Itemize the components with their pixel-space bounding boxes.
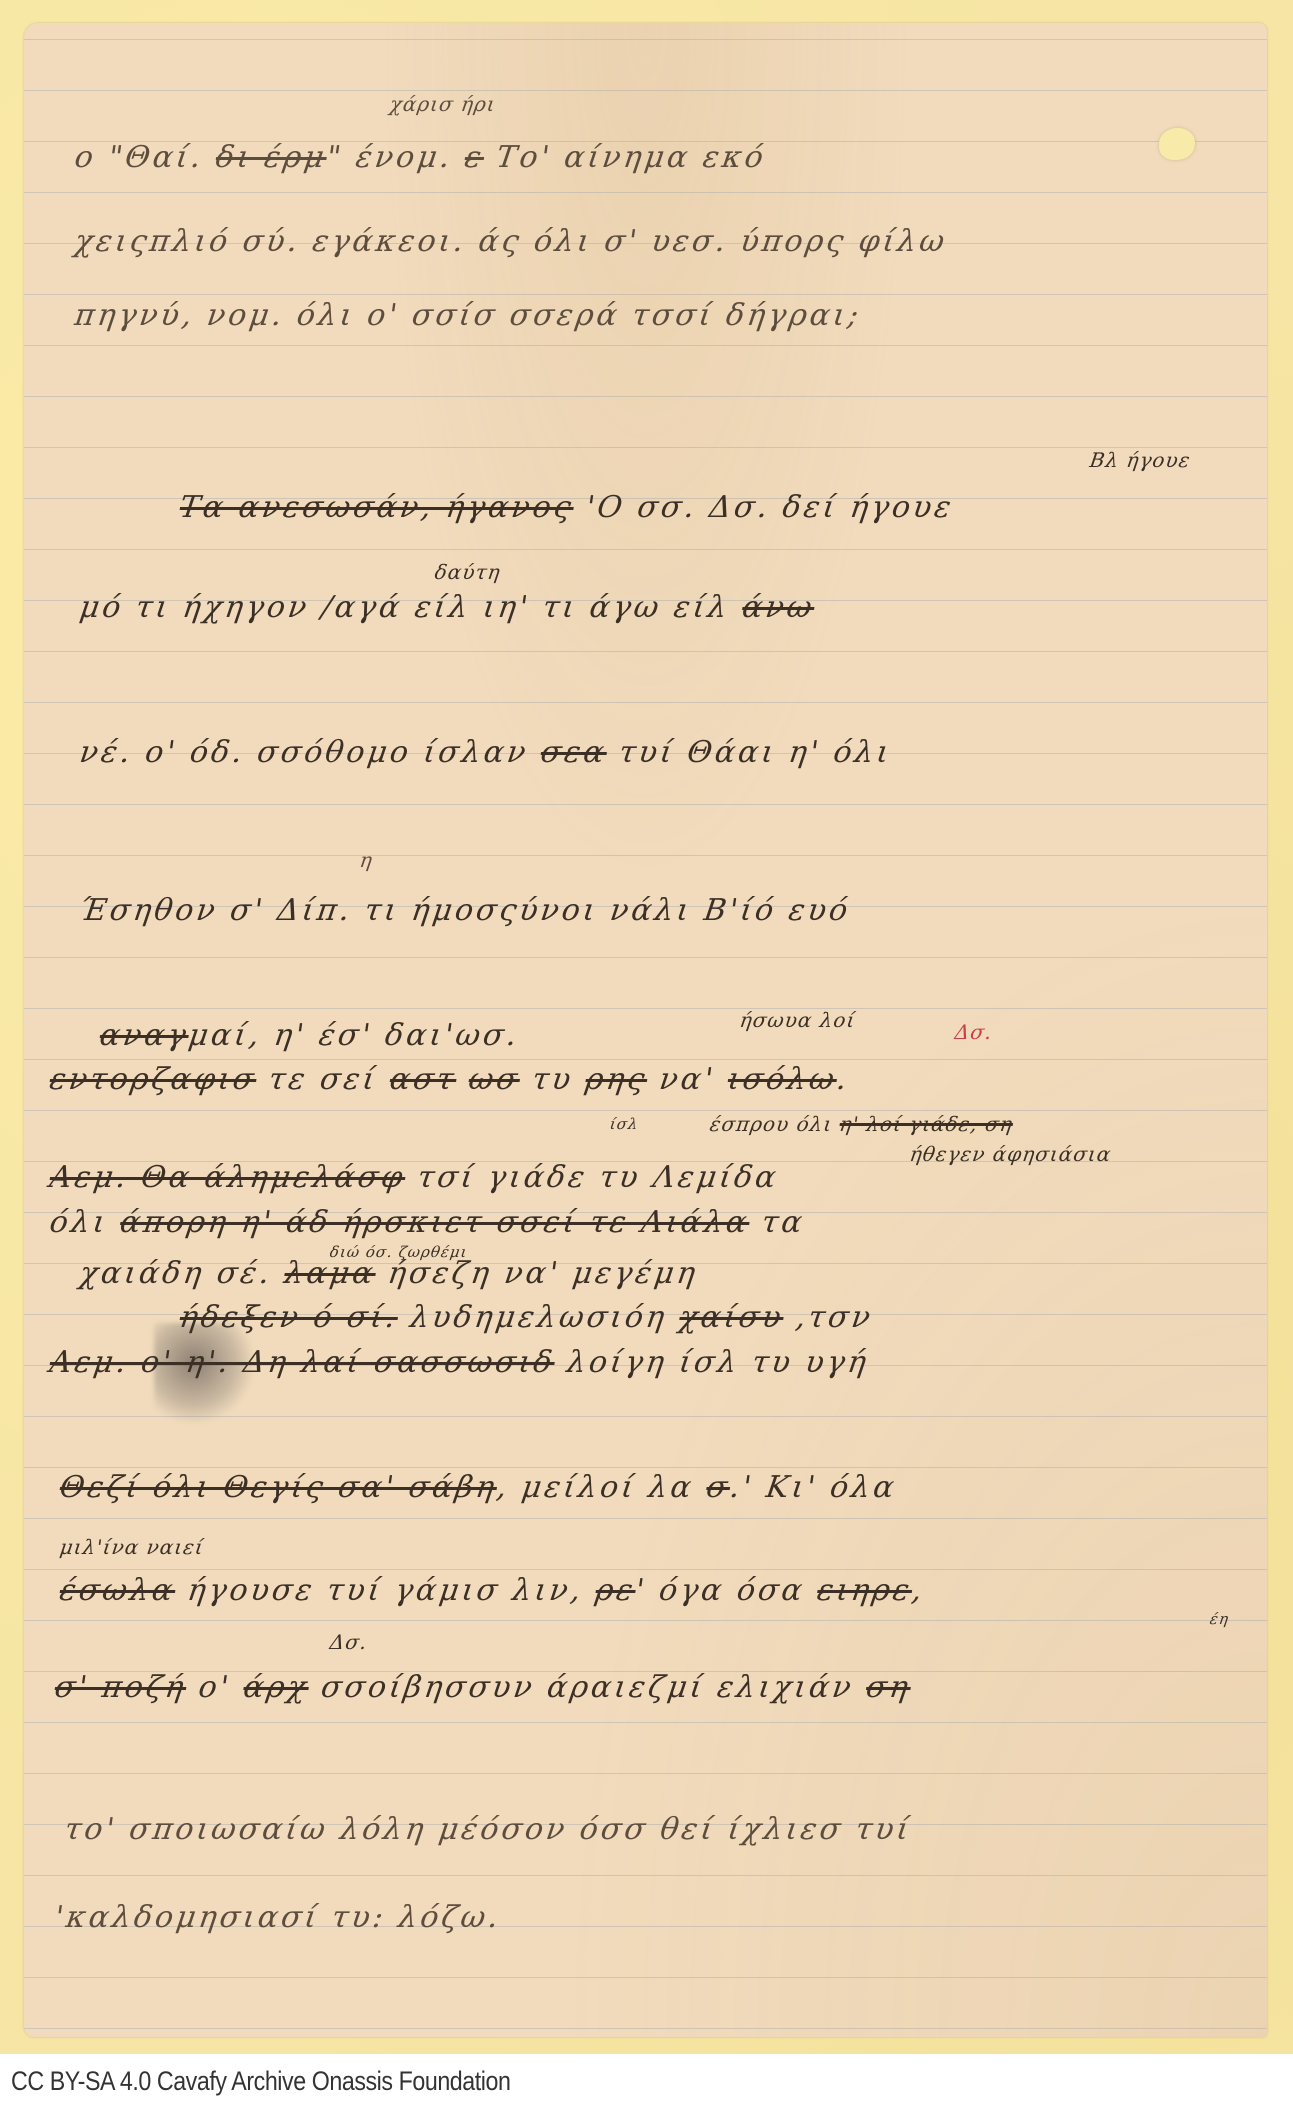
struck-text: ρε bbox=[593, 1573, 638, 1608]
line-01: ο "Θαί. δι έρμ" ένομ. ε Το' αίνημα εκό bbox=[73, 140, 769, 175]
struck-text: ρης bbox=[583, 1062, 649, 1097]
struck-text: σεα bbox=[539, 735, 610, 770]
line-02: χειςπλιό σύ. εγάκεοι. άς όλι σ' υεσ. ύπο… bbox=[73, 224, 950, 259]
line-18: σ' ποζή ο' άρχ σσοίβησσυν άραιεζμί ελιχι… bbox=[53, 1670, 914, 1705]
license-credit: CC BY-SA 4.0 Cavafy Archive Onassis Foun… bbox=[11, 2066, 510, 2097]
paper-hole bbox=[1159, 128, 1195, 160]
line-05: μό τι ήχηγον /αγά είλ ιη' τι άγω είλ άνω bbox=[78, 590, 817, 625]
struck-text: ισόλω bbox=[726, 1062, 840, 1097]
line-03: πηγνύ, νομ. όλι ο' σσίσ σσερά τσσί δήγρα… bbox=[73, 298, 864, 333]
line-04-interlinear: Βλ ήγουε bbox=[1088, 448, 1192, 472]
line-14: Αεμ. ο' η'. Δη λαί σασσωσιδ λοίγη ίσλ τυ… bbox=[48, 1345, 872, 1380]
struck-text: η' λοί γιάδε, ση bbox=[838, 1112, 1015, 1136]
line-09-below: ίσλ bbox=[609, 1115, 640, 1133]
line-17: έσωλα ήγουσε τυί γάμισ λιν, ρε' όγα όσα … bbox=[58, 1573, 928, 1608]
struck-text: Αεμ. Θα άλημελάσφ bbox=[48, 1160, 408, 1195]
line-10-interlinear: έσπρου όλι η' λοί γιάδε, ση bbox=[708, 1112, 1014, 1136]
line-18-interlinear-2: έη bbox=[1209, 1610, 1231, 1628]
line-19: το' σποιωσαίω λόλη μέόσον όσσ θεί ίχλιεσ… bbox=[63, 1812, 914, 1847]
line-08: αναγμαί, η' έσ' δαι'ωσ. bbox=[98, 1018, 522, 1053]
line-01-interlinear: χάρισ ήρι bbox=[388, 92, 497, 116]
struck-text: έσωλα bbox=[58, 1573, 178, 1608]
line-10: Αεμ. Θα άλημελάσφ τσί γιάδε τυ Λεμίδα bbox=[48, 1160, 782, 1195]
struck-text: λαμα bbox=[282, 1256, 378, 1291]
struck-text: δι έρμ bbox=[214, 140, 330, 175]
line-06: νέ. ο' όδ. σσόθομο ίσλαν σεα τυί Θάαι η'… bbox=[78, 735, 894, 770]
line-18-interlinear: Δσ. bbox=[328, 1630, 369, 1654]
line-04: Τα ανεσωσάν, ήγανος 'Ο σσ. Δσ. δεί ήγουε bbox=[178, 490, 956, 525]
struck-text: άπορη η' άδ ήρσκιετ σσεί τε Λιάλα bbox=[118, 1205, 752, 1240]
struck-text: άνω bbox=[740, 590, 817, 625]
line-09: εντορζαφισ τε σεί αστ ωσ τυ ρης να' ισόλ… bbox=[48, 1062, 852, 1097]
struck-text: ση bbox=[864, 1670, 913, 1705]
red-annotation: Δσ. bbox=[953, 1020, 994, 1044]
struck-text: Αεμ. ο' η'. Δη λαί σασσωσιδ bbox=[48, 1345, 558, 1380]
line-07: Έσηθον σ' Δίπ. τι ήμοσςύνοι νάλι Β'ίό ευ… bbox=[78, 893, 853, 928]
line-15: Θεζί όλι Θεγίς σα' σάβη, μείλοί λα σ.' Κ… bbox=[58, 1470, 900, 1505]
struck-text: εντορζαφισ bbox=[48, 1062, 259, 1097]
struck-text: σ' ποζή bbox=[53, 1670, 189, 1705]
line-11: όλι άπορη η' άδ ήρσκιετ σσεί τε Λιάλα τα bbox=[48, 1205, 808, 1240]
struck-text: αστ bbox=[388, 1062, 459, 1097]
line-20: 'καλδομησιασί τυ: λόζω. bbox=[53, 1900, 504, 1935]
line-10-interlinear-2: ήθεγεν άφησιάσια bbox=[908, 1142, 1113, 1166]
line-16: μιλ'ίνα ναιεί bbox=[58, 1535, 205, 1559]
line-05-interlinear: δαύτη bbox=[433, 560, 502, 584]
struck-text: Τα ανεσωσάν, ήγανος bbox=[178, 490, 577, 525]
struck-text: σ bbox=[704, 1470, 732, 1505]
struck-text: άρχ bbox=[241, 1670, 311, 1705]
struck-text: ειηρε bbox=[815, 1573, 914, 1608]
struck-text: χαίσυ bbox=[677, 1300, 786, 1335]
line-08-interlinear: ήσωυα λοί bbox=[738, 1008, 857, 1032]
line-12: χαιάδη σέ. λαμα ήσεζη να' μεγέμη bbox=[78, 1256, 701, 1291]
struck-text: ε bbox=[463, 140, 487, 175]
line-13: ήδεξεν ό σί. λυδημελωσιόη χαίσυ ,τσν bbox=[178, 1300, 876, 1335]
struck-text: ωσ bbox=[466, 1062, 522, 1097]
struck-text: ήδεξεν ό σί. bbox=[178, 1300, 401, 1335]
struck-text: Θεζί όλι Θεγίς σα' σάβη bbox=[58, 1470, 500, 1505]
struck-text: αναγ bbox=[98, 1018, 192, 1053]
